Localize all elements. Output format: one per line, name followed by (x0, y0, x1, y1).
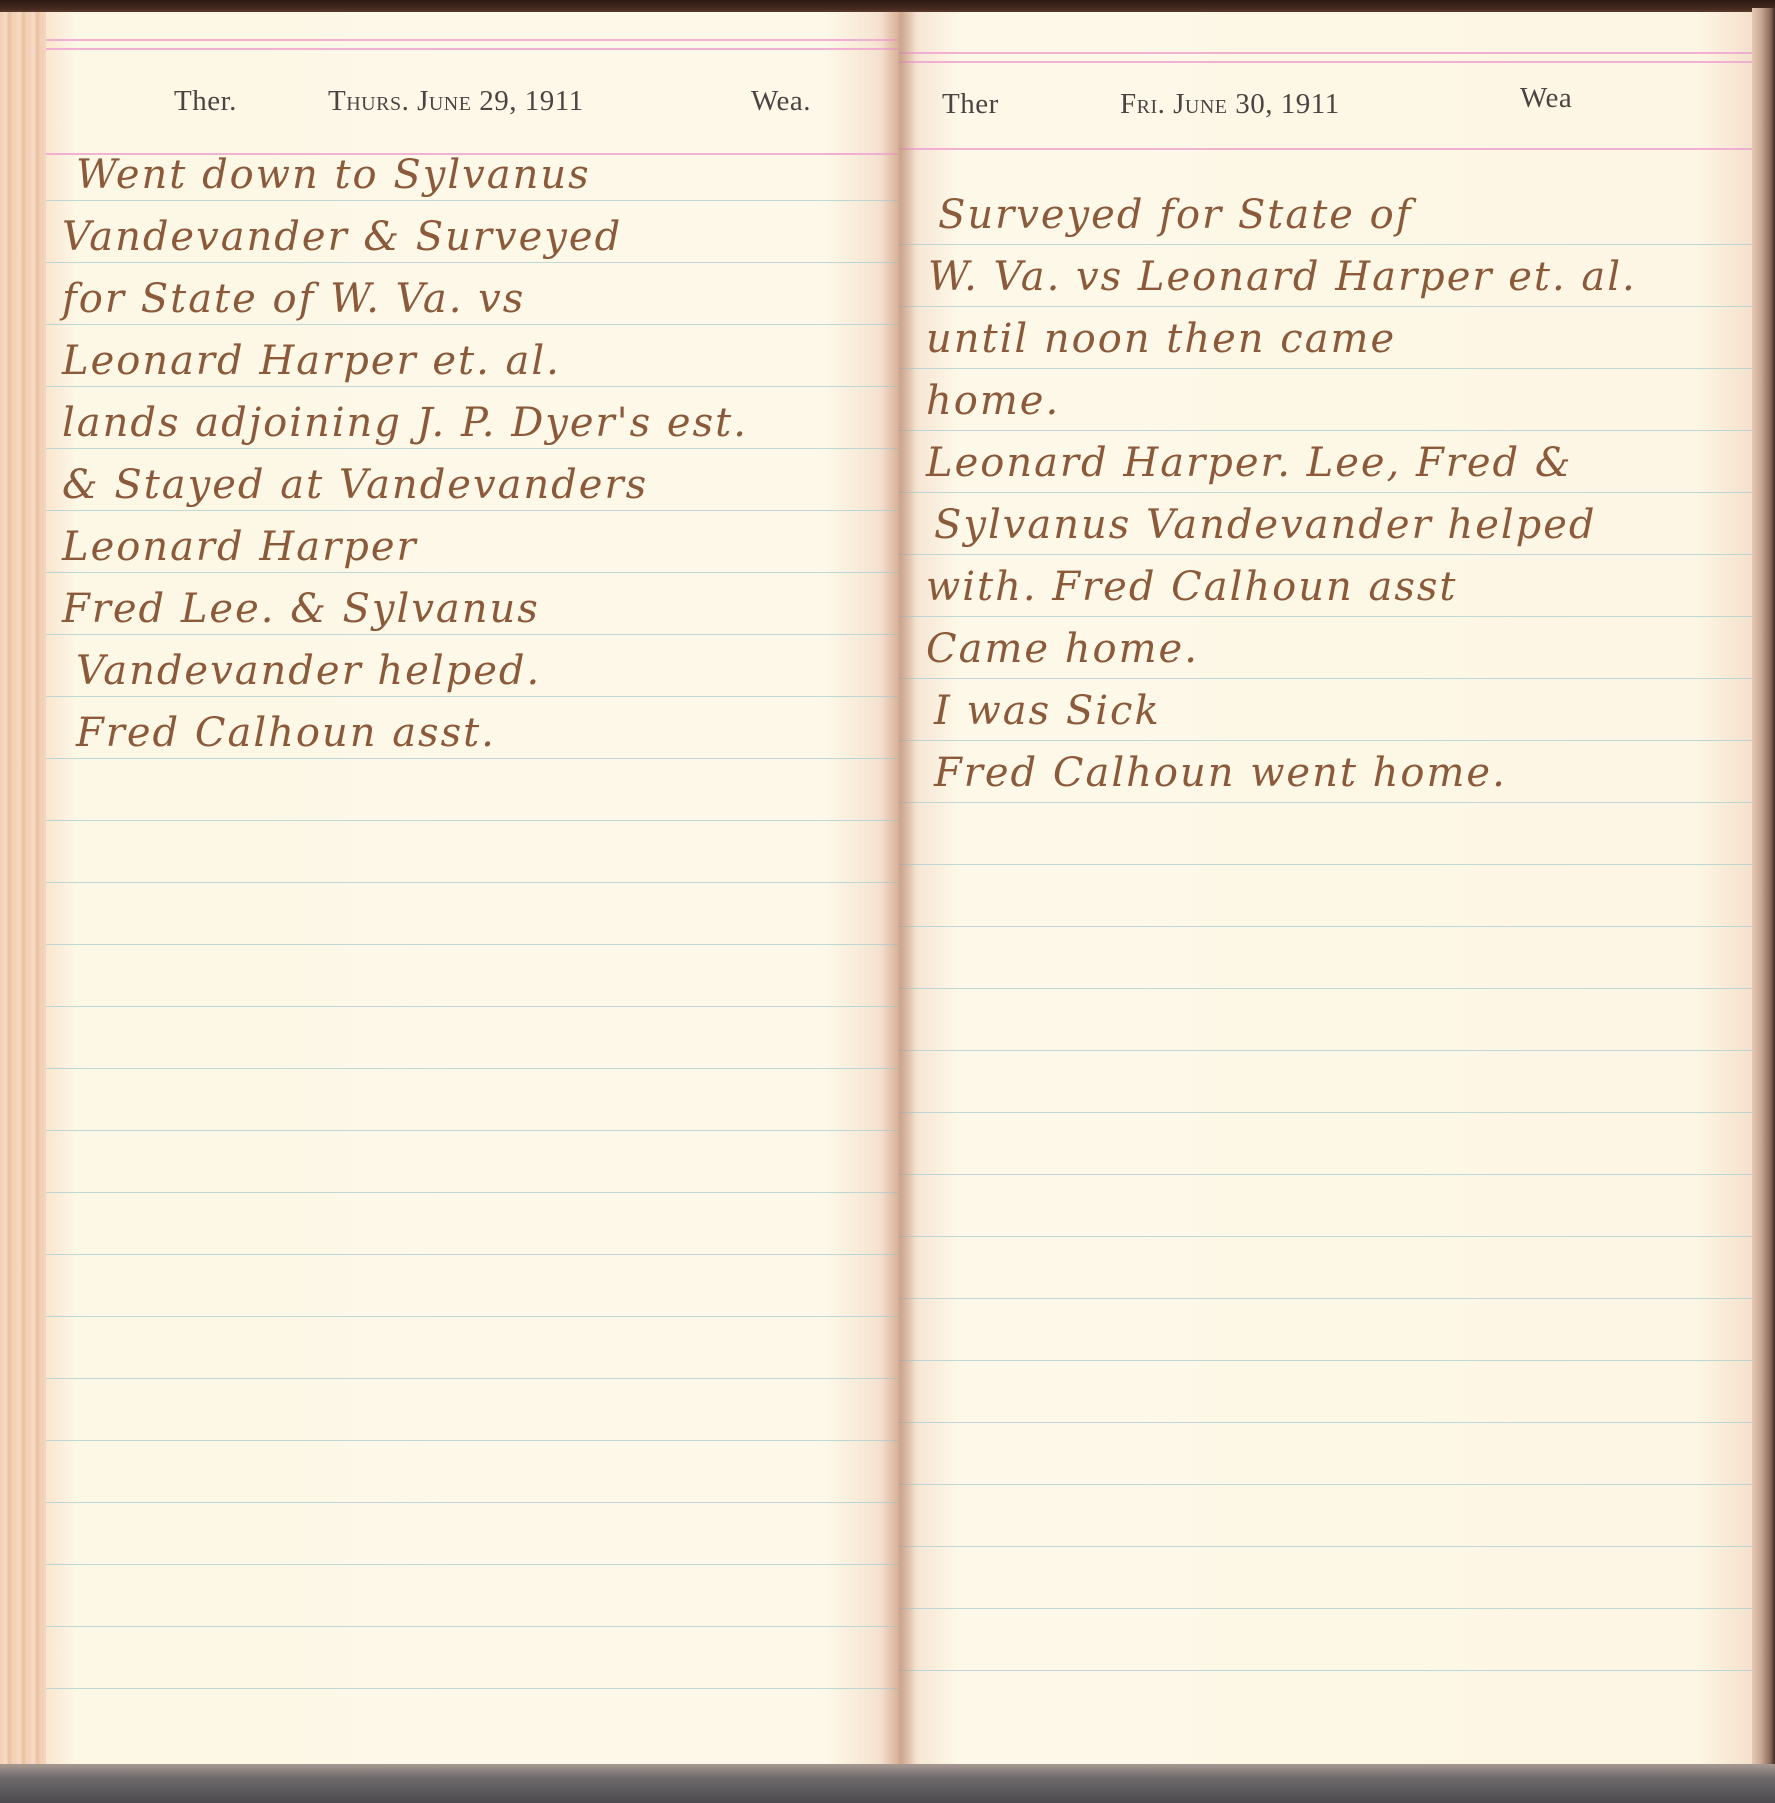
ruled-line (898, 244, 1752, 245)
page-header: Ther. Thurs. June 29, 1911 Wea. (46, 85, 898, 125)
ruled-line (46, 510, 898, 511)
diary-page-left: Ther. Thurs. June 29, 1911 Wea. Went dow… (46, 12, 898, 1764)
ruled-line (898, 1360, 1752, 1361)
ruled-line (46, 324, 898, 325)
entry-line: Surveyed for State of (938, 192, 1413, 238)
ruled-line (898, 430, 1752, 431)
ruled-line (46, 1626, 898, 1627)
ruled-line (898, 926, 1752, 927)
weather-label: Wea (1520, 82, 1572, 115)
entry-line: Leonard Harper. Lee, Fred & (926, 440, 1572, 486)
ruled-line (46, 758, 898, 759)
entry-line: home. (926, 378, 1060, 424)
ruled-line (46, 1192, 898, 1193)
entry-line: Sylvanus Vandevander helped (934, 502, 1597, 548)
page-stack-left-edge (0, 12, 46, 1766)
page-stack-right-edge (1752, 8, 1775, 1766)
book-cover-bottom-edge (0, 1764, 1775, 1803)
entry-line: Leonard Harper (62, 524, 418, 570)
entry-line: W. Va. vs Leonard Harper et. al. (928, 254, 1637, 300)
entry-line: Leonard Harper et. al. (62, 338, 561, 384)
ruled-line (898, 1484, 1752, 1485)
ruled-line (46, 1688, 898, 1689)
ruled-line (46, 820, 898, 821)
ruled-line (46, 634, 898, 635)
ruled-line (46, 1006, 898, 1007)
ruled-line (898, 1298, 1752, 1299)
ruled-line (898, 1112, 1752, 1113)
ruled-line (46, 944, 898, 945)
ruled-line (46, 696, 898, 697)
ruled-line (46, 572, 898, 573)
thermometer-label: Ther. (174, 85, 237, 118)
header-top-rule-second (46, 48, 898, 50)
entry-line: Went down to Sylvanus (76, 152, 591, 198)
entry-line: Fred Calhoun asst. (76, 710, 496, 756)
ruled-line (46, 1378, 898, 1379)
entry-line: Fred Lee. & Sylvanus (62, 586, 540, 632)
ruled-line (898, 1546, 1752, 1547)
header-top-rule-second (898, 61, 1752, 63)
ruled-line (898, 306, 1752, 307)
ruled-line (46, 1502, 898, 1503)
page-header: Ther Fri. June 30, 1911 Wea (898, 88, 1752, 128)
ruled-line (898, 864, 1752, 865)
header-bottom-rule (898, 148, 1752, 150)
header-top-rule (46, 39, 898, 41)
ruled-line (898, 740, 1752, 741)
entry-date: Thurs. June 29, 1911 (328, 85, 584, 118)
entry-line: Vandevander & Surveyed (62, 214, 622, 260)
weather-label: Wea. (751, 85, 811, 118)
ruled-line (46, 262, 898, 263)
ruled-line (898, 1050, 1752, 1051)
diary-page-right: Ther Fri. June 30, 1911 Wea Surveyed for… (898, 12, 1752, 1764)
entry-line: Fred Calhoun went home. (934, 750, 1507, 796)
ruled-line (898, 678, 1752, 679)
ruled-line (898, 802, 1752, 803)
entry-line: Came home. (926, 626, 1199, 672)
ruled-line (898, 368, 1752, 369)
entry-line: I was Sick (934, 688, 1161, 734)
ruled-line (46, 1254, 898, 1255)
entry-line: Vandevander helped. (76, 648, 541, 694)
entry-date: Fri. June 30, 1911 (1120, 88, 1340, 121)
entry-line: with. Fred Calhoun asst (926, 564, 1457, 610)
entry-line: until noon then came (926, 316, 1396, 362)
ruled-line (898, 554, 1752, 555)
ruled-line (46, 200, 898, 201)
ruled-line (898, 988, 1752, 989)
thermometer-label: Ther (942, 88, 999, 121)
ruled-line (46, 386, 898, 387)
entry-line: for State of W. Va. vs (62, 276, 525, 322)
header-top-rule (898, 52, 1752, 54)
ruled-line (898, 1670, 1752, 1671)
ruled-line (46, 1068, 898, 1069)
ruled-line (898, 492, 1752, 493)
ruled-line (46, 1316, 898, 1317)
ruled-line (898, 1236, 1752, 1237)
ruled-line (898, 1422, 1752, 1423)
ruled-line (46, 882, 898, 883)
ruled-line (898, 1608, 1752, 1609)
entry-line: & Stayed at Vandevanders (62, 462, 648, 508)
ruled-line (898, 1174, 1752, 1175)
ruled-line (46, 448, 898, 449)
ruled-line (898, 616, 1752, 617)
entry-line: lands adjoining J. P. Dyer's est. (62, 400, 748, 446)
ruled-line (46, 1564, 898, 1565)
ruled-line (46, 1130, 898, 1131)
ruled-line (46, 1440, 898, 1441)
